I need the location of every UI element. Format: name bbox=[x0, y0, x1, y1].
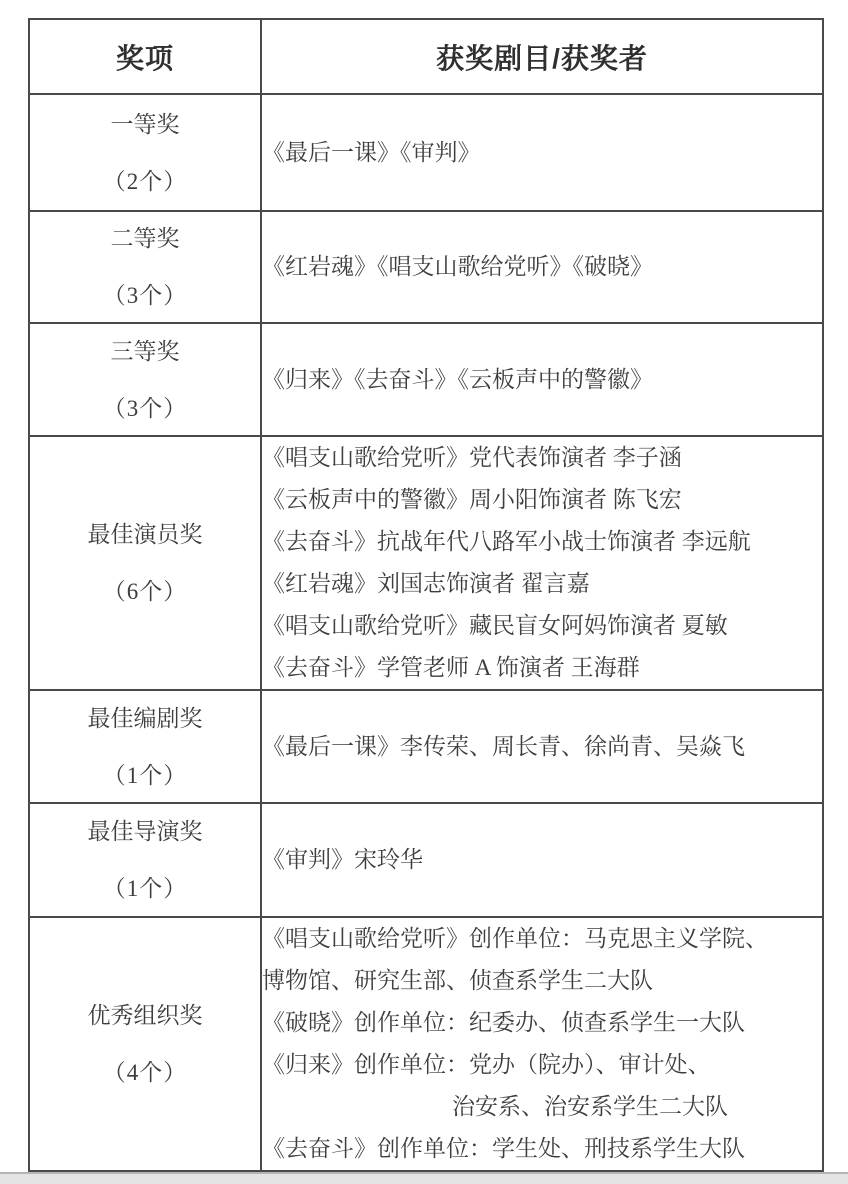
award-count: （2个） bbox=[30, 170, 260, 193]
winner-line: 《唱支山歌给党听》创作单位：马克思主义学院、 bbox=[262, 918, 822, 960]
winner-line: 《归来》创作单位：党办（院办）、审计处、 bbox=[262, 1044, 822, 1086]
award-name: 最佳编剧奖 bbox=[30, 707, 260, 730]
winners-cell: 《红岩魂》《唱支山歌给党听》《破晓》 bbox=[261, 211, 823, 323]
winner-line: 《唱支山歌给党听》党代表饰演者 李子涵 bbox=[262, 437, 822, 479]
awards-table: 奖项 获奖剧目/获奖者 一等奖（2个）《最后一课》《审判》二等奖（3个）《红岩魂… bbox=[28, 18, 824, 1172]
table-row: 最佳导演奖（1个）《审判》宋玲华 bbox=[29, 803, 823, 917]
table-row: 二等奖（3个）《红岩魂》《唱支山歌给党听》《破晓》 bbox=[29, 211, 823, 323]
award-name: 一等奖 bbox=[30, 113, 260, 136]
award-cell: 三等奖（3个） bbox=[29, 323, 261, 436]
winner-line: 《最后一课》《审判》 bbox=[262, 132, 822, 174]
winner-line: 《去奋斗》学管老师 A 饰演者 王海群 bbox=[262, 647, 822, 689]
winner-line: 治安系、治安系学生二大队 bbox=[262, 1086, 822, 1128]
award-count: （3个） bbox=[30, 397, 260, 420]
winner-line: 《审判》宋玲华 bbox=[262, 839, 822, 881]
award-cell: 最佳导演奖（1个） bbox=[29, 803, 261, 917]
header-award-column: 奖项 bbox=[29, 19, 261, 94]
award-cell: 一等奖（2个） bbox=[29, 94, 261, 211]
winner-line: 《破晓》创作单位：纪委办、侦查系学生一大队 bbox=[262, 1002, 822, 1044]
winner-line: 《唱支山歌给党听》藏民盲女阿妈饰演者 夏敏 bbox=[262, 605, 822, 647]
winner-line: 《去奋斗》抗战年代八路军小战士饰演者 李远航 bbox=[262, 521, 822, 563]
table-row: 最佳编剧奖（1个）《最后一课》李传荣、周长青、徐尚青、吴焱飞 bbox=[29, 690, 823, 803]
winners-cell: 《最后一课》《审判》 bbox=[261, 94, 823, 211]
award-cell: 二等奖（3个） bbox=[29, 211, 261, 323]
award-cell: 最佳演员奖（6个） bbox=[29, 436, 261, 690]
winner-line: 博物馆、研究生部、侦查系学生二大队 bbox=[262, 960, 822, 1002]
winner-line: 《红岩魂》刘国志饰演者 翟言嘉 bbox=[262, 563, 822, 605]
award-count: （3个） bbox=[30, 284, 260, 307]
award-name: 二等奖 bbox=[30, 227, 260, 250]
award-count: （1个） bbox=[30, 764, 260, 787]
winner-line: 《红岩魂》《唱支山歌给党听》《破晓》 bbox=[262, 246, 822, 288]
winners-cell: 《唱支山歌给党听》创作单位：马克思主义学院、博物馆、研究生部、侦查系学生二大队《… bbox=[261, 917, 823, 1171]
winner-line: 《归来》《去奋斗》《云板声中的警徽》 bbox=[262, 359, 822, 401]
winner-line: 《去奋斗》创作单位：学生处、刑技系学生大队 bbox=[262, 1128, 822, 1170]
winner-line: 《云板声中的警徽》周小阳饰演者 陈飞宏 bbox=[262, 479, 822, 521]
header-row: 奖项 获奖剧目/获奖者 bbox=[29, 19, 823, 94]
table-row: 优秀组织奖（4个）《唱支山歌给党听》创作单位：马克思主义学院、博物馆、研究生部、… bbox=[29, 917, 823, 1171]
bottom-strip bbox=[0, 1172, 848, 1184]
winners-cell: 《审判》宋玲华 bbox=[261, 803, 823, 917]
table-row: 最佳演员奖（6个）《唱支山歌给党听》党代表饰演者 李子涵《云板声中的警徽》周小阳… bbox=[29, 436, 823, 690]
table-body: 一等奖（2个）《最后一课》《审判》二等奖（3个）《红岩魂》《唱支山歌给党听》《破… bbox=[29, 94, 823, 1171]
award-count: （4个） bbox=[30, 1061, 260, 1084]
table-row: 三等奖（3个）《归来》《去奋斗》《云板声中的警徽》 bbox=[29, 323, 823, 436]
award-count: （6个） bbox=[30, 580, 260, 603]
award-name: 三等奖 bbox=[30, 340, 260, 363]
award-cell: 优秀组织奖（4个） bbox=[29, 917, 261, 1171]
winners-cell: 《唱支山歌给党听》党代表饰演者 李子涵《云板声中的警徽》周小阳饰演者 陈飞宏《去… bbox=[261, 436, 823, 690]
winner-line: 《最后一课》李传荣、周长青、徐尚青、吴焱飞 bbox=[262, 726, 822, 768]
table-row: 一等奖（2个）《最后一课》《审判》 bbox=[29, 94, 823, 211]
winners-cell: 《最后一课》李传荣、周长青、徐尚青、吴焱飞 bbox=[261, 690, 823, 803]
award-count: （1个） bbox=[30, 877, 260, 900]
award-name: 最佳演员奖 bbox=[30, 523, 260, 546]
award-cell: 最佳编剧奖（1个） bbox=[29, 690, 261, 803]
award-name: 优秀组织奖 bbox=[30, 1004, 260, 1027]
header-winners-column: 获奖剧目/获奖者 bbox=[261, 19, 823, 94]
winners-cell: 《归来》《去奋斗》《云板声中的警徽》 bbox=[261, 323, 823, 436]
award-name: 最佳导演奖 bbox=[30, 820, 260, 843]
